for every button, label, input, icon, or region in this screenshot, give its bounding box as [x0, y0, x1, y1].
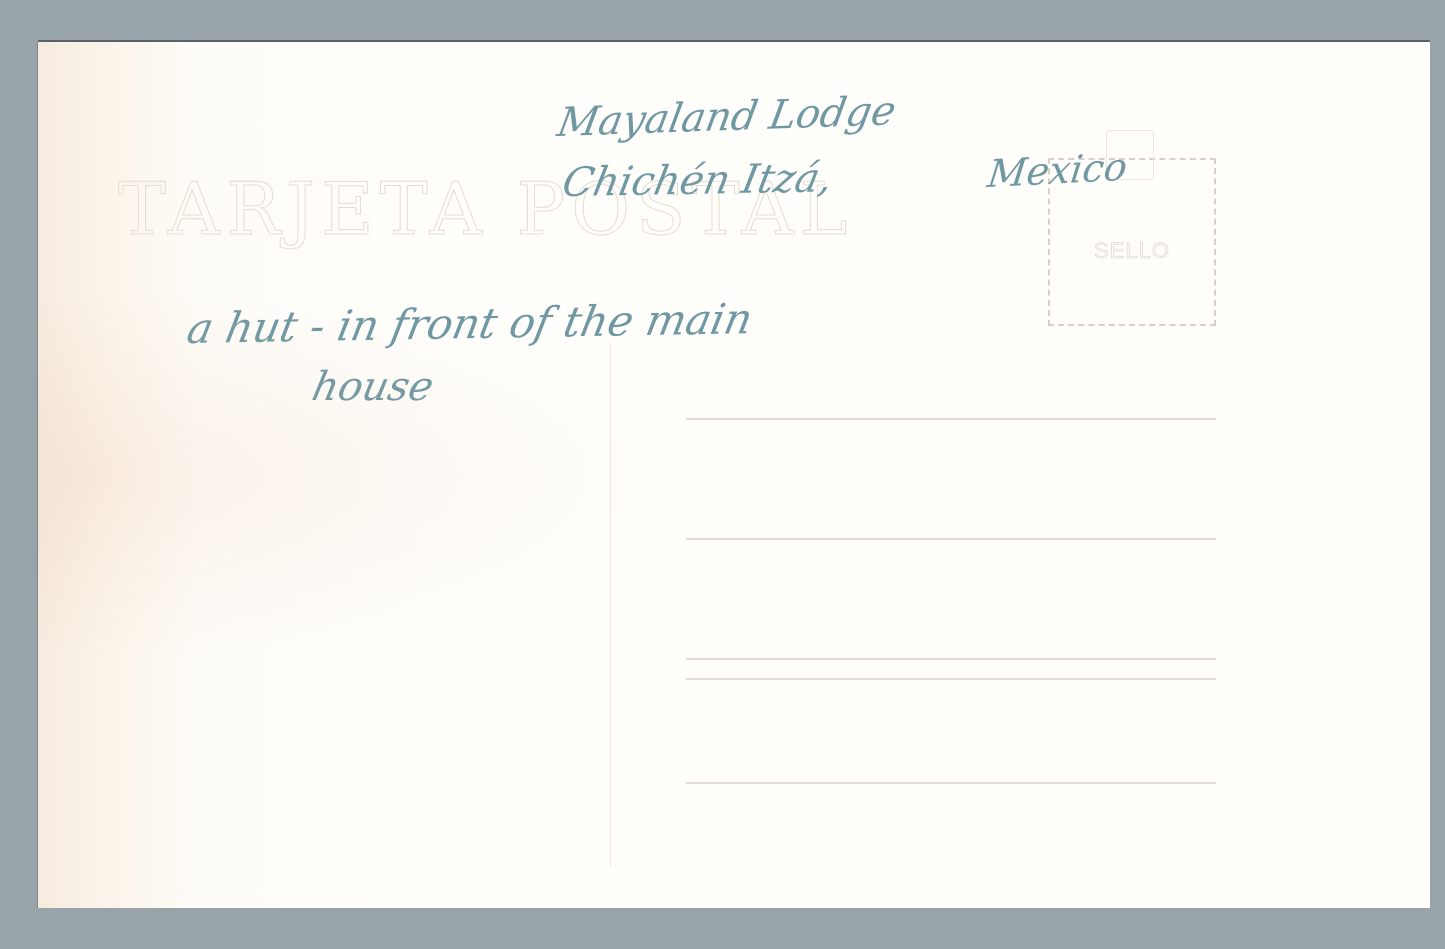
- address-line-5: [686, 782, 1216, 784]
- address-line-3: [686, 658, 1216, 660]
- handwriting-line-caption: a hut - in front of the main: [183, 294, 756, 353]
- handwriting-line-location: Chichén Itzá,: [559, 155, 837, 206]
- address-line-1: [686, 418, 1216, 420]
- postcard-back: TARJETA POSTAL SELLO Mayaland Lodge Chic…: [38, 42, 1430, 908]
- handwriting-line-caption-cont: house: [308, 364, 438, 410]
- handwriting-line-lodge: Mayaland Lodge: [554, 88, 899, 146]
- center-divider: [610, 342, 611, 867]
- handwriting-line-country: Mexico: [985, 145, 1129, 197]
- address-line-4: [686, 678, 1216, 680]
- address-line-2: [686, 538, 1216, 540]
- stamp-box-label: SELLO: [1050, 238, 1214, 264]
